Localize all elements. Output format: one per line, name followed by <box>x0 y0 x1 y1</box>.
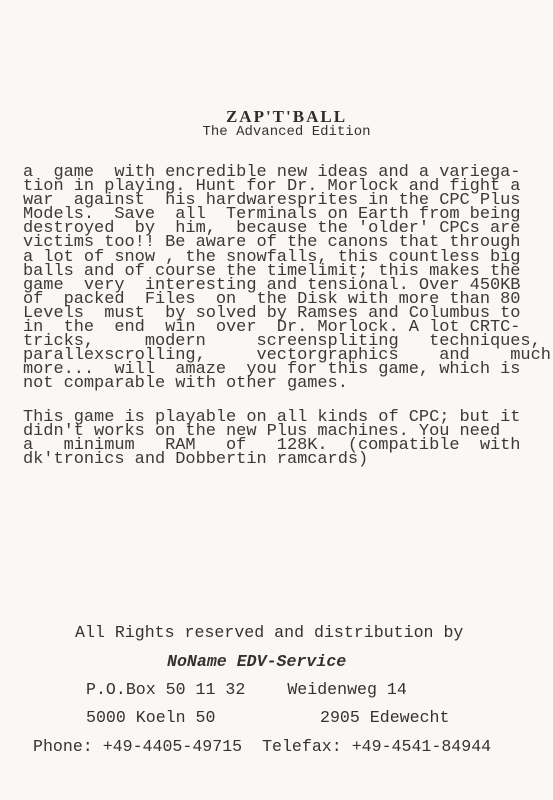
company-name: NoName EDV-Service <box>34 655 491 669</box>
address-line-2: 5000 Koeln 502905 Edewecht <box>34 711 491 725</box>
fax-number: +49-4541-84944 <box>352 737 491 756</box>
document-subtitle: The Advanced Edition <box>10 124 553 140</box>
requirements-paragraph: This game is playable on all kinds of CP… <box>23 411 509 467</box>
phone-label: Phone: <box>33 737 93 756</box>
description-paragraph: a game with encredible new ideas and a v… <box>23 166 509 392</box>
text-line: dk'tronics and Dobbertin ramcards) <box>23 453 509 467</box>
fax-label: Telefax: <box>262 737 342 756</box>
text-line: not comparable with other games. <box>23 377 509 391</box>
address-line-1: P.O.Box 50 11 32Weidenweg 14 <box>34 683 491 697</box>
city-right: 2905 Edewecht <box>320 708 449 727</box>
footer-distribution: All Rights reserved and distribution by … <box>34 612 491 768</box>
rights-line: All Rights reserved and distribution by <box>34 626 491 640</box>
contact-line: Phone: +49-4405-49715 Telefax: +49-4541-… <box>33 740 491 754</box>
street: Weidenweg 14 <box>287 680 407 699</box>
city-left: 5000 Koeln 50 <box>86 711 289 725</box>
po-box: P.O.Box 50 11 32 <box>86 680 245 699</box>
phone-number: +49-4405-49715 <box>103 737 242 756</box>
